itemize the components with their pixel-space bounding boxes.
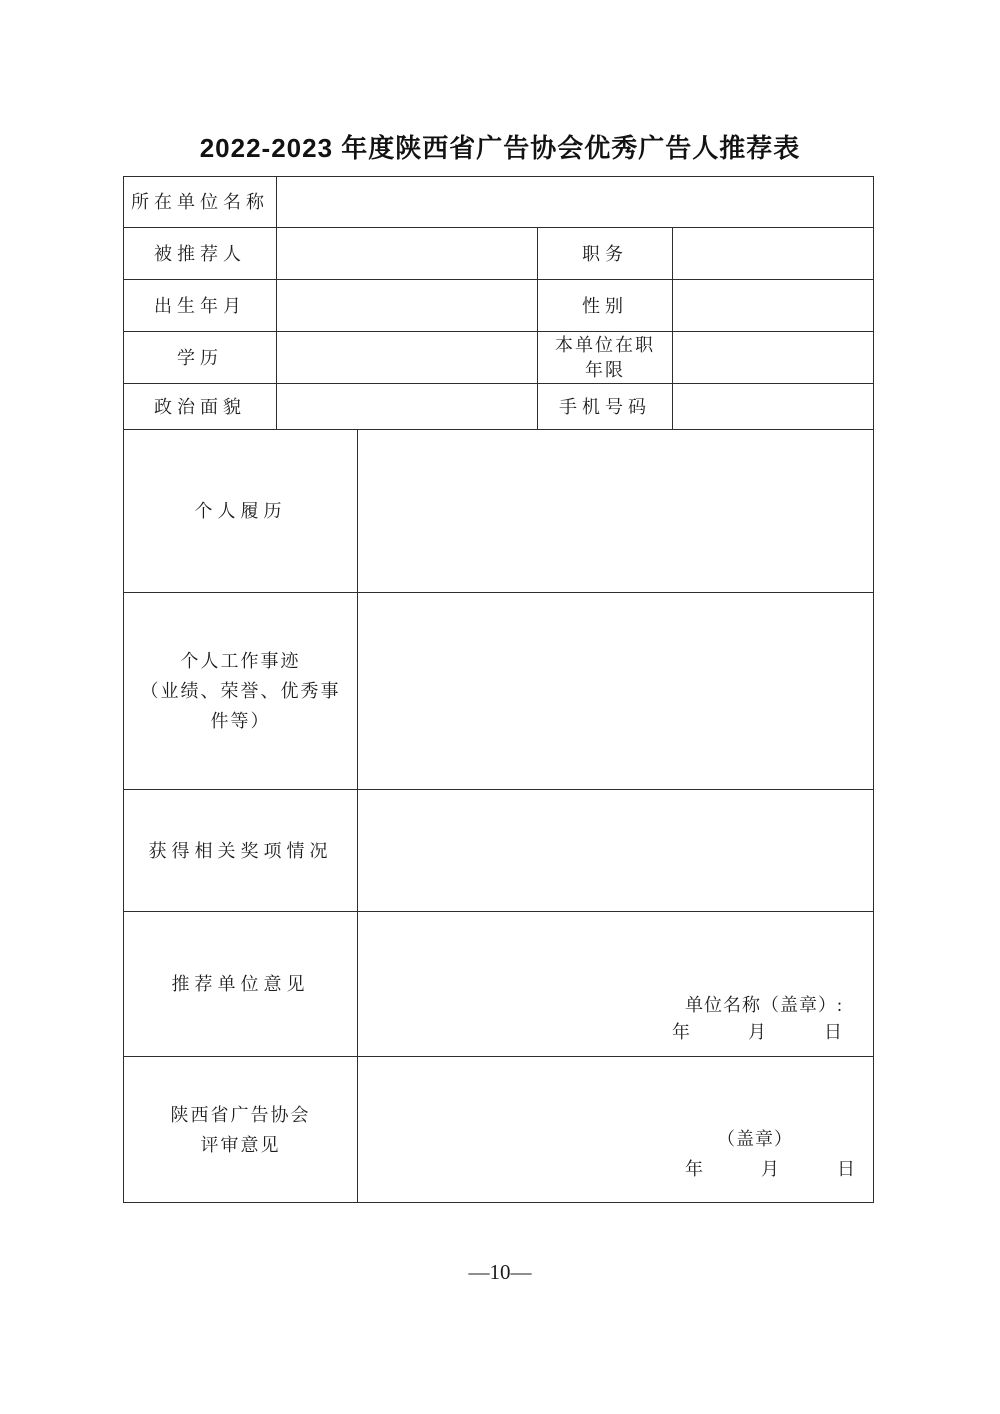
phone-label: 手机号码 <box>538 384 673 430</box>
education-label: 学历 <box>124 332 277 384</box>
association-review-label-line2: 评审意见 <box>124 1130 357 1160</box>
awards-value-cell[interactable] <box>358 790 874 912</box>
phone-value-cell[interactable] <box>673 384 874 430</box>
work-deeds-label-line3: 件等） <box>124 706 357 736</box>
gender-label: 性别 <box>538 280 673 332</box>
document-page: 2022-2023 年度陕西省广告协会优秀广告人推荐表 所在单位名称 被推荐人 … <box>0 0 1000 1414</box>
association-seal-line: （盖章） <box>358 1124 793 1154</box>
recommender-signature-block: 单位名称（盖章）: 年 月 日 <box>358 992 873 1056</box>
work-deeds-label-line1: 个人工作事迹 <box>124 646 357 676</box>
gender-value-cell[interactable] <box>673 280 874 332</box>
page-number: —10— <box>0 1260 1000 1285</box>
nominee-value-cell[interactable] <box>277 228 538 280</box>
row-education-tenure: 学历 本单位在职 年限 <box>124 332 874 384</box>
tenure-label-line1: 本单位在职 <box>538 333 672 358</box>
recommender-opinion-label: 推荐单位意见 <box>124 912 358 1057</box>
resume-value-cell[interactable] <box>358 430 874 593</box>
association-review-cell[interactable]: （盖章） 年 月 日 <box>358 1057 874 1203</box>
work-deeds-value-cell[interactable] <box>358 593 874 790</box>
political-status-label: 政治面貌 <box>124 384 277 430</box>
birth-date-value-cell[interactable] <box>277 280 538 332</box>
political-status-value-cell[interactable] <box>277 384 538 430</box>
work-deeds-label-line2: （业绩、荣誉、优秀事 <box>124 676 357 706</box>
awards-label: 获得相关奖项情况 <box>124 790 358 912</box>
row-awards: 获得相关奖项情况 <box>124 790 874 912</box>
row-work-deeds: 个人工作事迹 （业绩、荣誉、优秀事 件等） <box>124 593 874 790</box>
association-date-line: 年 月 日 <box>358 1154 856 1184</box>
tenure-label: 本单位在职 年限 <box>538 332 673 384</box>
association-signature-block: （盖章） 年 月 日 <box>358 1124 873 1202</box>
birth-date-label: 出生年月 <box>124 280 277 332</box>
nominee-label: 被推荐人 <box>124 228 277 280</box>
education-value-cell[interactable] <box>277 332 538 384</box>
recommender-date-line: 年 月 日 <box>358 1019 843 1046</box>
position-value-cell[interactable] <box>673 228 874 280</box>
recommender-opinion-cell[interactable]: 单位名称（盖章）: 年 月 日 <box>358 912 874 1057</box>
tenure-label-line2: 年限 <box>538 358 672 383</box>
row-political-phone: 政治面貌 手机号码 <box>124 384 874 430</box>
row-nominee-position: 被推荐人 职务 <box>124 228 874 280</box>
association-review-label: 陕西省广告协会 评审意见 <box>124 1057 358 1203</box>
resume-label: 个人履历 <box>124 430 358 593</box>
position-label: 职务 <box>538 228 673 280</box>
row-association-review: 陕西省广告协会 评审意见 （盖章） 年 月 日 <box>124 1057 874 1203</box>
row-recommender-opinion: 推荐单位意见 单位名称（盖章）: 年 月 日 <box>124 912 874 1057</box>
row-unit-name: 所在单位名称 <box>124 177 874 228</box>
unit-seal-line: 单位名称（盖章）: <box>358 992 843 1019</box>
recommendation-form-table: 所在单位名称 被推荐人 职务 出生年月 性别 学历 本单位在职 年限 政治面貌 <box>123 176 874 1203</box>
row-birth-gender: 出生年月 性别 <box>124 280 874 332</box>
association-review-label-line1: 陕西省广告协会 <box>124 1100 357 1130</box>
work-deeds-label: 个人工作事迹 （业绩、荣誉、优秀事 件等） <box>124 593 358 790</box>
row-resume: 个人履历 <box>124 430 874 593</box>
form-title: 2022-2023 年度陕西省广告协会优秀广告人推荐表 <box>0 0 1000 165</box>
tenure-value-cell[interactable] <box>673 332 874 384</box>
unit-name-label: 所在单位名称 <box>124 177 277 228</box>
unit-name-value-cell[interactable] <box>277 177 874 228</box>
